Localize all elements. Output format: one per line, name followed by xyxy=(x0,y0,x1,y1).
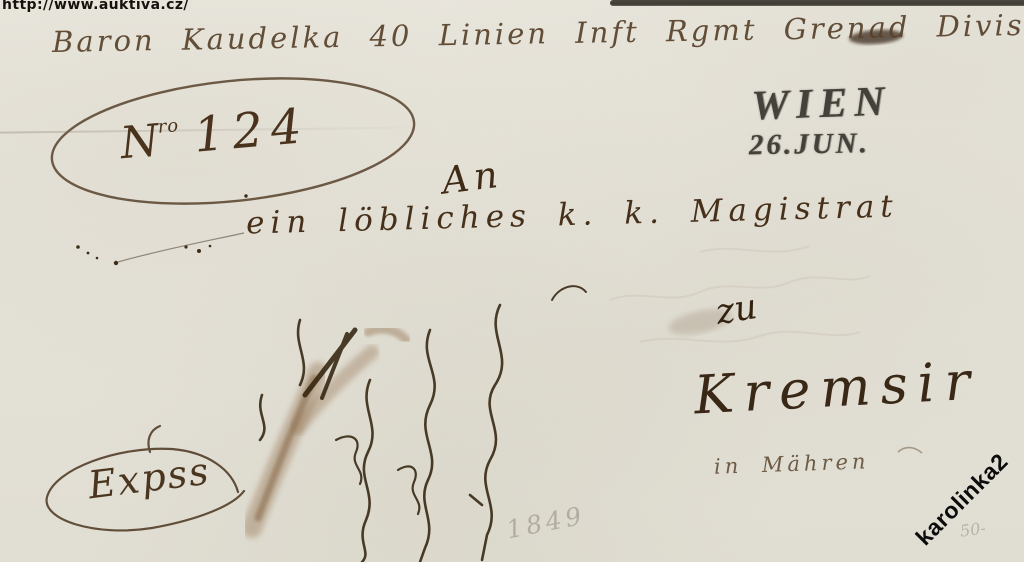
ink-specks xyxy=(76,194,248,265)
registry-value: 124 xyxy=(192,98,312,164)
postmark-city: WIEN xyxy=(751,78,893,131)
registry-number: Nro124 xyxy=(118,98,312,170)
ink-smudges xyxy=(232,95,406,528)
auction-url-watermark: http://www.auktiva.cz/ xyxy=(2,0,189,13)
pencil-year: 1849 xyxy=(504,501,588,545)
address-city: Kremsir xyxy=(693,351,982,427)
express-paraph: Expss xyxy=(86,449,213,508)
stray-mark xyxy=(898,448,922,453)
registry-superscript: ro xyxy=(157,115,180,138)
letter-scan: http://www.auktiva.cz/ Baron Kaudelka 40… xyxy=(0,0,1024,562)
address-region: in Mähren xyxy=(714,449,870,478)
registry-prefix: N xyxy=(118,115,161,169)
address-preposition: zu xyxy=(713,287,760,333)
vienna-postmark: WIEN 26.JUN. xyxy=(751,78,894,164)
sender-docket-line: Baron Kaudelka 40 Linien Inft Rgmt Grena… xyxy=(52,7,1024,59)
address-recipient: ein löbliches k. k. Magistrat xyxy=(246,188,900,241)
scan-edge xyxy=(610,0,1024,6)
pencil-price: 50- xyxy=(959,518,987,540)
postmark-date: 26.JUN. xyxy=(749,127,890,162)
address-salutation: An xyxy=(440,152,505,202)
seller-watermark: karolinka2 xyxy=(896,433,1024,562)
